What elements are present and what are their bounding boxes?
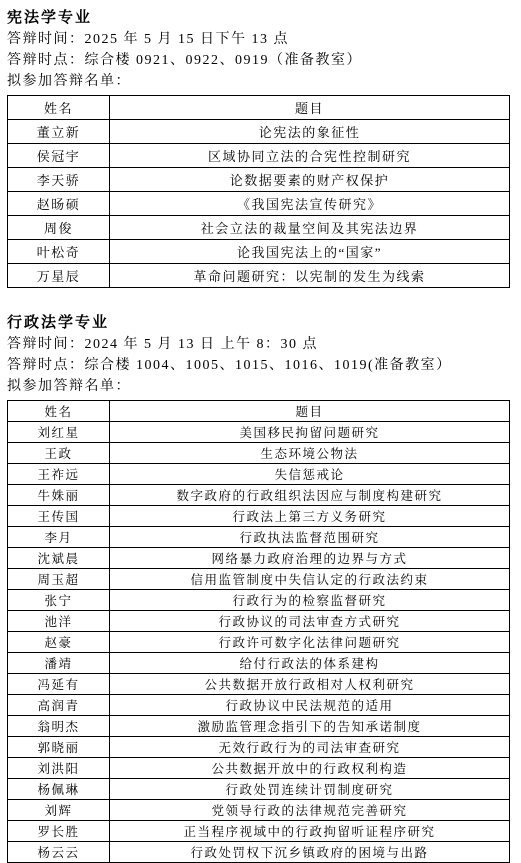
title-cell: 公共数据开放行政相对人权利研究 bbox=[110, 674, 510, 695]
name-cell: 翁明杰 bbox=[8, 716, 110, 737]
section-heading: 宪法学专业 bbox=[7, 7, 514, 29]
table-row: 杨佩琳行政处罚连续计罚制度研究 bbox=[8, 779, 510, 800]
title-cell: 正当程序视域中的行政拘留听证程序研究 bbox=[110, 821, 510, 842]
title-cell: 《我国宪法宣传研究》 bbox=[110, 192, 510, 216]
name-cell: 赵豪 bbox=[8, 632, 110, 653]
section-administrative-law: 行政法学专业 答辩时间：2024 年 5 月 13 日 上午 8：30 点 答辩… bbox=[7, 312, 514, 863]
title-column-header: 题目 bbox=[110, 401, 510, 422]
name-cell: 张宁 bbox=[8, 590, 110, 611]
table-row: 叶松奇论我国宪法上的“国家” bbox=[8, 240, 510, 264]
name-cell: 郭晓丽 bbox=[8, 737, 110, 758]
name-cell: 叶松奇 bbox=[8, 240, 110, 264]
name-cell: 王传国 bbox=[8, 506, 110, 527]
table-row: 沈斌晨网络暴力政府治理的边界与方式 bbox=[8, 548, 510, 569]
title-cell: 信用监管制度中失信认定的行政法约束 bbox=[110, 569, 510, 590]
table-row: 赵豪行政许可数字化法律问题研究 bbox=[8, 632, 510, 653]
title-column-header: 题目 bbox=[110, 96, 510, 120]
table-row: 赵旸硕《我国宪法宣传研究》 bbox=[8, 192, 510, 216]
name-cell: 冯延有 bbox=[8, 674, 110, 695]
table-row: 翁明杰激励监管理念指引下的告知承诺制度 bbox=[8, 716, 510, 737]
title-cell: 数字政府的行政组织法因应与制度构建研究 bbox=[110, 485, 510, 506]
name-cell: 侯冠宇 bbox=[8, 144, 110, 168]
defense-time-line: 答辩时间：2024 年 5 月 13 日 上午 8：30 点 bbox=[7, 334, 514, 355]
name-cell: 罗长胜 bbox=[8, 821, 110, 842]
defense-list-label: 拟参加答辩名单： bbox=[7, 376, 514, 397]
table-row: 万星辰革命问题研究：以宪制的发生为线索 bbox=[8, 264, 510, 288]
title-cell: 行政处罚连续计罚制度研究 bbox=[110, 779, 510, 800]
name-cell: 刘红星 bbox=[8, 422, 110, 443]
name-cell: 王祚远 bbox=[8, 464, 110, 485]
table-row: 王政生态环境公物法 bbox=[8, 443, 510, 464]
table-row: 冯延有公共数据开放行政相对人权利研究 bbox=[8, 674, 510, 695]
name-cell: 刘辉 bbox=[8, 800, 110, 821]
name-cell: 刘洪阳 bbox=[8, 758, 110, 779]
name-column-header: 姓名 bbox=[8, 401, 110, 422]
title-cell: 行政处罚权下沉乡镇政府的困境与出路 bbox=[110, 842, 510, 863]
title-cell: 失信惩戒论 bbox=[110, 464, 510, 485]
defense-roster-table: 姓名题目 董立新论宪法的象征性侯冠宇区域协同立法的合宪性控制研究李天骄论数据要素… bbox=[7, 95, 510, 288]
table-row: 刘洪阳公共数据开放中的行政权利构造 bbox=[8, 758, 510, 779]
title-cell: 党领导行政的法律规范完善研究 bbox=[110, 800, 510, 821]
title-cell: 美国移民拘留问题研究 bbox=[110, 422, 510, 443]
table-header-row: 姓名题目 bbox=[8, 401, 510, 422]
title-cell: 行政协议中民法规范的适用 bbox=[110, 695, 510, 716]
section-heading: 行政法学专业 bbox=[7, 312, 514, 334]
name-cell: 池洋 bbox=[8, 611, 110, 632]
table-row: 王祚远失信惩戒论 bbox=[8, 464, 510, 485]
title-cell: 行政许可数字化法律问题研究 bbox=[110, 632, 510, 653]
table-row: 李天骄论数据要素的财产权保护 bbox=[8, 168, 510, 192]
table-row: 潘靖给付行政法的体系建构 bbox=[8, 653, 510, 674]
name-cell: 高润青 bbox=[8, 695, 110, 716]
table-row: 刘红星美国移民拘留问题研究 bbox=[8, 422, 510, 443]
name-cell: 李月 bbox=[8, 527, 110, 548]
table-row: 刘辉党领导行政的法律规范完善研究 bbox=[8, 800, 510, 821]
title-cell: 社会立法的裁量空间及其宪法边界 bbox=[110, 216, 510, 240]
title-cell: 论我国宪法上的“国家” bbox=[110, 240, 510, 264]
defense-list-label: 拟参加答辩名单： bbox=[7, 71, 514, 92]
title-cell: 网络暴力政府治理的边界与方式 bbox=[110, 548, 510, 569]
title-cell: 激励监管理念指引下的告知承诺制度 bbox=[110, 716, 510, 737]
table-row: 杨云云行政处罚权下沉乡镇政府的困境与出路 bbox=[8, 842, 510, 863]
table-row: 王传国行政法上第三方义务研究 bbox=[8, 506, 510, 527]
name-cell: 李天骄 bbox=[8, 168, 110, 192]
title-cell: 公共数据开放中的行政权利构造 bbox=[110, 758, 510, 779]
defense-place-line: 答辩时点：综合楼 0921、0922、0919（准备教室） bbox=[7, 50, 514, 71]
table-row: 罗长胜正当程序视域中的行政拘留听证程序研究 bbox=[8, 821, 510, 842]
title-cell: 行政法上第三方义务研究 bbox=[110, 506, 510, 527]
table-row: 周俊社会立法的裁量空间及其宪法边界 bbox=[8, 216, 510, 240]
table-row: 张宁行政行为的检察监督研究 bbox=[8, 590, 510, 611]
section-constitutional-law: 宪法学专业 答辩时间：2025 年 5 月 15 日下午 13 点 答辩时点：综… bbox=[7, 7, 514, 288]
title-cell: 无效行政行为的司法审查研究 bbox=[110, 737, 510, 758]
name-cell: 周玉超 bbox=[8, 569, 110, 590]
name-cell: 潘靖 bbox=[8, 653, 110, 674]
table-row: 牛姝丽数字政府的行政组织法因应与制度构建研究 bbox=[8, 485, 510, 506]
table-row: 郭晓丽无效行政行为的司法审查研究 bbox=[8, 737, 510, 758]
table-row: 池洋行政协议的司法审查方式研究 bbox=[8, 611, 510, 632]
title-cell: 论数据要素的财产权保护 bbox=[110, 168, 510, 192]
title-cell: 行政执法监督范围研究 bbox=[110, 527, 510, 548]
defense-roster-table: 姓名题目 刘红星美国移民拘留问题研究王政生态环境公物法王祚远失信惩戒论牛姝丽数字… bbox=[7, 400, 510, 863]
table-row: 周玉超信用监管制度中失信认定的行政法约束 bbox=[8, 569, 510, 590]
title-cell: 区域协同立法的合宪性控制研究 bbox=[110, 144, 510, 168]
document: 宪法学专业 答辩时间：2025 年 5 月 15 日下午 13 点 答辩时点：综… bbox=[0, 0, 521, 863]
name-cell: 沈斌晨 bbox=[8, 548, 110, 569]
title-cell: 生态环境公物法 bbox=[110, 443, 510, 464]
name-cell: 牛姝丽 bbox=[8, 485, 110, 506]
defense-time-line: 答辩时间：2025 年 5 月 15 日下午 13 点 bbox=[7, 29, 514, 50]
title-cell: 革命问题研究：以宪制的发生为线索 bbox=[110, 264, 510, 288]
table-row: 董立新论宪法的象征性 bbox=[8, 120, 510, 144]
defense-place-line: 答辩时点：综合楼 1004、1005、1015、1016、1019(准备教室） bbox=[7, 355, 514, 376]
title-cell: 论宪法的象征性 bbox=[110, 120, 510, 144]
table-row: 侯冠宇区域协同立法的合宪性控制研究 bbox=[8, 144, 510, 168]
table-header-row: 姓名题目 bbox=[8, 96, 510, 120]
name-cell: 杨云云 bbox=[8, 842, 110, 863]
name-cell: 赵旸硕 bbox=[8, 192, 110, 216]
title-cell: 给付行政法的体系建构 bbox=[110, 653, 510, 674]
title-cell: 行政行为的检察监督研究 bbox=[110, 590, 510, 611]
name-cell: 王政 bbox=[8, 443, 110, 464]
name-cell: 周俊 bbox=[8, 216, 110, 240]
name-column-header: 姓名 bbox=[8, 96, 110, 120]
title-cell: 行政协议的司法审查方式研究 bbox=[110, 611, 510, 632]
name-cell: 万星辰 bbox=[8, 264, 110, 288]
table-row: 李月行政执法监督范围研究 bbox=[8, 527, 510, 548]
name-cell: 杨佩琳 bbox=[8, 779, 110, 800]
name-cell: 董立新 bbox=[8, 120, 110, 144]
table-row: 高润青行政协议中民法规范的适用 bbox=[8, 695, 510, 716]
